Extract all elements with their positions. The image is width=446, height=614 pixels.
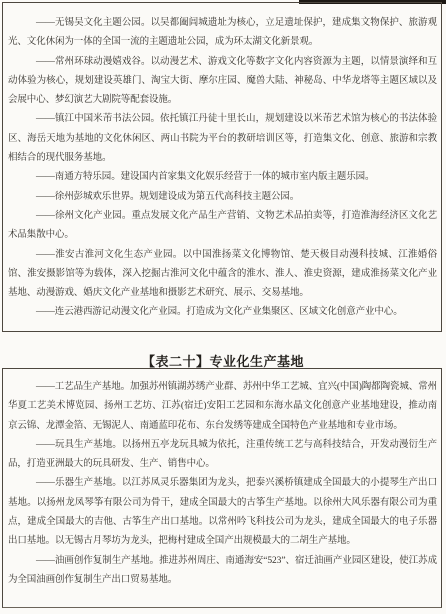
paragraph: ——无锡吴文化主题公园。以吴都阖闾城遗址为核心，立足遗址保护，建成集文物保护、旅… bbox=[8, 14, 437, 53]
paragraph: ——镇江中国米芾书法公园。依托镇江丹徒十里长山，规划建设以米芾艺术馆为核心的书法… bbox=[8, 110, 437, 168]
production-bases-section-box: ——工艺品生产基地。加强苏州镇湖苏绣产业群、苏州中华工艺城、宜兴(中国)陶都陶瓷… bbox=[2, 368, 442, 608]
table-20-heading: 【表二十】专业化生产基地 bbox=[0, 351, 446, 370]
theme-parks-paragraph-list: ——无锡吴文化主题公园。以吴都阖闾城遗址为核心，立足遗址保护，建成集文物保护、旅… bbox=[8, 14, 437, 323]
paragraph: ——油画创作复制生产基地。推进苏州周庄、南通海安“523”、宿迁油画产业园区建设… bbox=[8, 552, 437, 591]
theme-parks-section-box: ——无锡吴文化主题公园。以吴都阖闾城遗址为核心，立足遗址保护，建成集文物保护、旅… bbox=[2, 2, 442, 332]
production-bases-paragraph-list: ——工艺品生产基地。加强苏州镇湖苏绣产业群、苏州中华工艺城、宜兴(中国)陶都陶瓷… bbox=[8, 378, 437, 590]
document-page: ——无锡吴文化主题公园。以吴都阖闾城遗址为核心，立足遗址保护，建成集文物保护、旅… bbox=[0, 0, 446, 614]
paragraph: ——南通方特乐园。建设国内首家集文化娱乐经营于一体的城市室内版主题乐园。 bbox=[8, 168, 437, 187]
paragraph: ——连云港西游记动漫文化产业园。打造成为文化产业集聚区、区域文化创意产业中心。 bbox=[8, 303, 437, 322]
paragraph: ——工艺品生产基地。加强苏州镇湖苏绣产业群、苏州中华工艺城、宜兴(中国)陶都陶瓷… bbox=[8, 378, 437, 436]
paragraph: ——徐州文化产业园。重点发展文化产品生产营销、文物艺术品拍卖等，打造淮海经济区文… bbox=[8, 207, 437, 246]
paragraph: ——玩具生产基地。以扬州五亭龙玩具城为依托，注重传统工艺与高科技结合，开发动漫衍… bbox=[8, 436, 437, 475]
paragraph: ——乐器生产基地。以江苏凤灵乐器集团为龙头，把泰兴溪桥镇建成全国最大的小提琴生产… bbox=[8, 474, 437, 551]
paragraph: ——淮安古淮河文化生态产业园。以中国淮扬菜文化博物馆、楚天极目动漫科技城、江淮婚… bbox=[8, 246, 437, 304]
paragraph: ——常州环球动漫嬉戏谷。以动漫艺术、游戏文化等数字文化内容资源为主题，以情景演绎… bbox=[8, 53, 437, 111]
paragraph: ——徐州彭城欢乐世界。规划建设成为第五代高科技主题公园。 bbox=[8, 188, 437, 207]
